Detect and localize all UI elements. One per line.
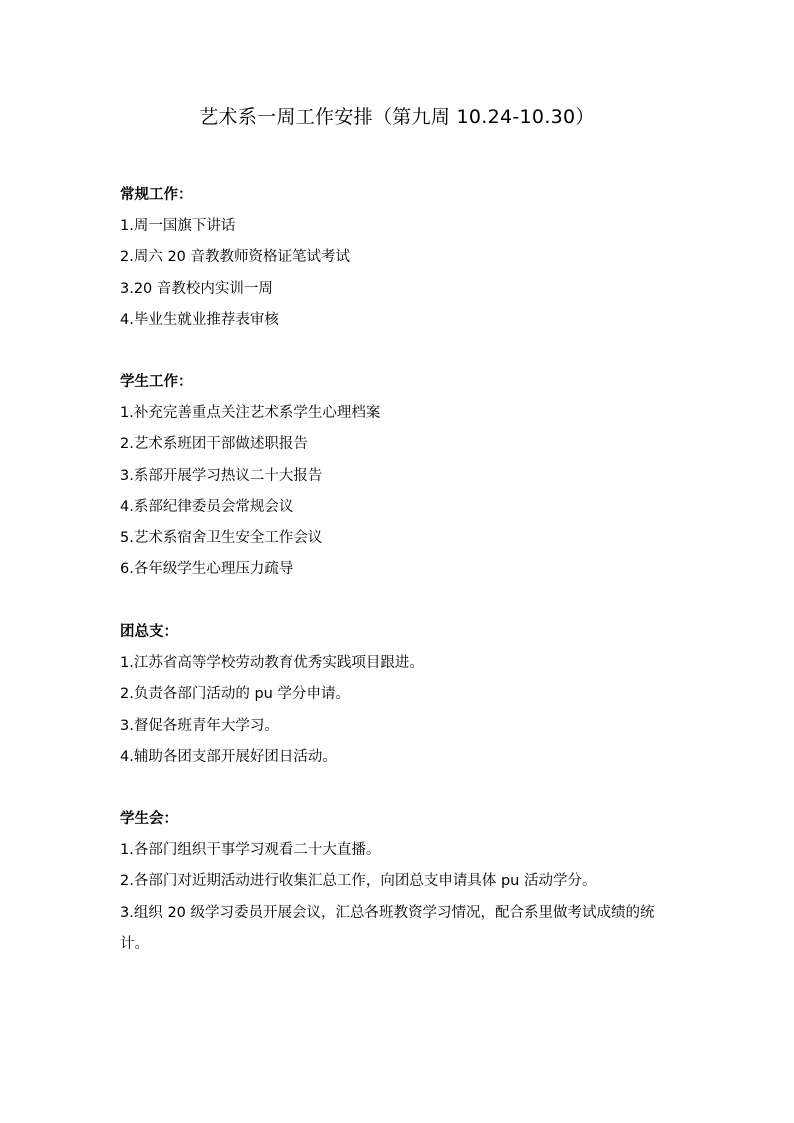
section-heading: 团总支： xyxy=(120,617,680,648)
list-item: 3.20 音教校内实训一周 xyxy=(120,274,680,305)
list-item: 3.系部开展学习热议二十大报告 xyxy=(120,461,680,492)
list-item: 1.补充完善重点关注艺术系学生心理档案 xyxy=(120,398,680,429)
section-student-work: 学生工作： 1.补充完善重点关注艺术系学生心理档案 2.艺术系班团干部做述职报告… xyxy=(120,367,680,586)
list-item: 5.艺术系宿舍卫生安全工作会议 xyxy=(120,523,680,554)
page-title: 艺术系一周工作安排（第九周 10.24-10.30） xyxy=(0,102,794,132)
list-item: 1.周一国旗下讲话 xyxy=(120,211,680,242)
list-item: 1.江苏省高等学校劳动教育优秀实践项目跟进。 xyxy=(120,648,680,679)
list-item: 4.辅助各团支部开展好团日活动。 xyxy=(120,742,680,773)
list-item: 3.督促各班青年大学习。 xyxy=(120,711,680,742)
section-heading: 学生会： xyxy=(120,804,680,835)
section-youth-league: 团总支： 1.江苏省高等学校劳动教育优秀实践项目跟进。 2.负责各部门活动的 p… xyxy=(120,617,680,773)
list-item: 4.毕业生就业推荐表审核 xyxy=(120,305,680,336)
list-item: 3.组织 20 级学习委员开展会议，汇总各班教资学习情况，配合系里做考试成绩的统… xyxy=(120,898,680,961)
section-heading: 学生工作： xyxy=(120,367,680,398)
list-item: 2.各部门对近期活动进行收集汇总工作，向团总支申请具体 pu 活动学分。 xyxy=(120,866,680,897)
list-item: 6.各年级学生心理压力疏导 xyxy=(120,554,680,585)
list-item: 2.艺术系班团干部做述职报告 xyxy=(120,429,680,460)
list-item: 4.系部纪律委员会常规会议 xyxy=(120,492,680,523)
section-heading: 常规工作： xyxy=(120,180,680,211)
list-item: 1.各部门组织干事学习观看二十大直播。 xyxy=(120,835,680,866)
list-item: 2.负责各部门活动的 pu 学分申请。 xyxy=(120,679,680,710)
section-student-union: 学生会： 1.各部门组织干事学习观看二十大直播。 2.各部门对近期活动进行收集汇… xyxy=(120,804,680,960)
section-routine-work: 常规工作： 1.周一国旗下讲话 2.周六 20 音教教师资格证笔试考试 3.20… xyxy=(120,180,680,336)
list-item: 2.周六 20 音教教师资格证笔试考试 xyxy=(120,242,680,273)
